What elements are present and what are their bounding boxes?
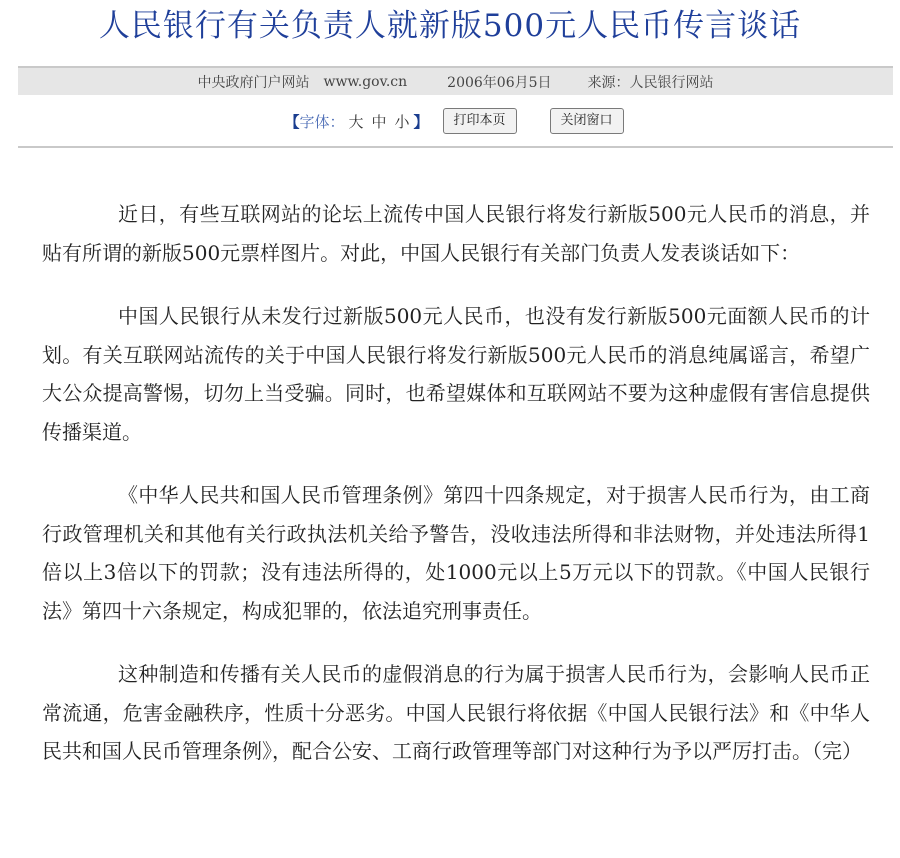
page-title: 人民银行有关负责人就新版500元人民币传言谈话 — [0, 4, 900, 48]
font-size-medium-link[interactable]: 中 — [372, 111, 387, 132]
bracket-close: 】 — [414, 111, 429, 132]
article-tools: 【 字体： 大 中 小 】 打印本页 关闭窗口 — [0, 107, 900, 135]
article-body: 近日，有些互联网站的论坛上流传中国人民银行将发行新版500元人民币的消息，并贴有… — [42, 195, 870, 796]
article-paragraph: 近日，有些互联网站的论坛上流传中国人民银行将发行新版500元人民币的消息，并贴有… — [42, 195, 870, 272]
bracket-open: 【 — [284, 111, 299, 132]
article-paragraph: 中国人民银行从未发行过新版500元人民币，也没有发行新版500元面额人民币的计划… — [42, 297, 870, 451]
article-meta-bar: 中央政府门户网站 www.gov.cn 2006年06月5日 来源：人民银行网站 — [18, 66, 893, 95]
meta-source: 来源：人民银行网站 — [588, 72, 714, 92]
font-size-large-link[interactable]: 大 — [348, 111, 363, 132]
meta-site-name: 中央政府门户网站 — [197, 72, 309, 92]
font-size-small-link[interactable]: 小 — [395, 111, 410, 132]
close-window-button[interactable]: 关闭窗口 — [550, 108, 624, 134]
meta-site-url: www.gov.cn — [323, 74, 407, 90]
article-paragraph: 这种制造和传播有关人民币的虚假消息的行为属于损害人民币行为，会影响人民币正常流通… — [42, 655, 870, 771]
meta-publish-date: 2006年06月5日 — [447, 72, 551, 92]
print-page-button[interactable]: 打印本页 — [443, 108, 517, 134]
font-size-control: 【 字体： 大 中 小 】 — [284, 111, 428, 132]
header-separator — [18, 146, 893, 148]
article-paragraph: 《中华人民共和国人民币管理条例》第四十四条规定，对于损害人民币行为，由工商行政管… — [42, 476, 870, 630]
font-size-label: 字体： — [299, 111, 344, 132]
